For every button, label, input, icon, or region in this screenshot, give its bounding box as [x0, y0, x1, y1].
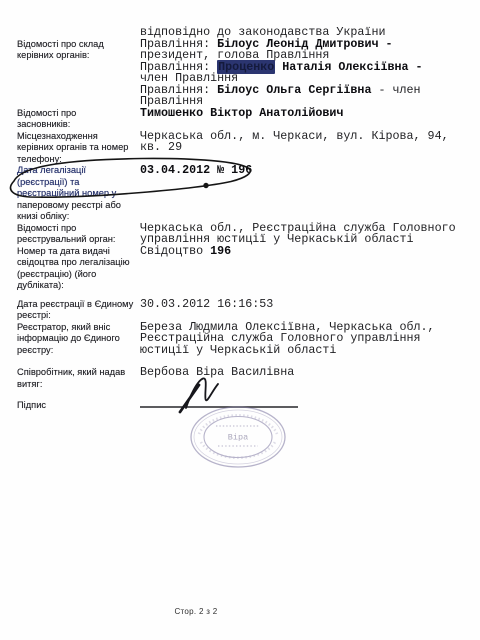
- person-name: Тимошенко Віктор Анатолійович: [140, 106, 343, 120]
- field-value: Правління: Білоус Леонід Дмитрович - пре…: [140, 39, 474, 108]
- field-label: Реєстратор, який вніс інформацію до Єдин…: [17, 322, 140, 357]
- stamp-ring-text: [201, 442, 275, 458]
- page-number: Стор. 2 з 2: [0, 607, 392, 616]
- legalization-date-value: 03.04.2012 № 196: [140, 163, 252, 177]
- stamp-center-text: Віра: [228, 433, 248, 443]
- document-page: відповідно до законодавства України Відо…: [0, 0, 480, 640]
- field-label: Номер та дата видачі свідоцтва про легал…: [17, 246, 140, 292]
- field-row-unified-register-date: Дата реєстрації в Єдиному реєстрі: 30.03…: [17, 299, 474, 322]
- field-label: Відомості про реєструвальний орган:: [17, 223, 140, 246]
- round-stamp: Віра: [191, 407, 285, 467]
- registry-extract-table: відповідно до законодавства України Відо…: [17, 27, 474, 412]
- field-label: Місцезнаходження керівних органів та ном…: [17, 131, 140, 166]
- field-row-signature: Підпис: [17, 400, 474, 412]
- field-label: Дата легалізації (реєстрації) та реєстра…: [17, 165, 140, 223]
- field-row-governing-bodies: Відомості про склад керівних органів: Пр…: [17, 39, 474, 108]
- field-row-staff-member: Співробітник, який надав витяг: Вербова …: [17, 367, 474, 390]
- person-name: Білоус Ольга Сергіївна: [217, 83, 371, 97]
- field-row-certificate-number: Номер та дата видачі свідоцтва про легал…: [17, 246, 474, 292]
- stamp-ring-text: [199, 415, 277, 434]
- field-label: Відомості про засновників:: [17, 108, 140, 131]
- field-label: Співробітник, який надав витяг:: [17, 367, 140, 390]
- register-datetime-value: 30.03.2012 16:16:53: [140, 297, 273, 311]
- field-row-founders: Відомості про засновників: Тимошенко Вік…: [17, 108, 474, 131]
- field-label: Підпис: [17, 400, 140, 412]
- person-name: Вербова Віра Василівна: [140, 365, 294, 379]
- field-row-registrar: Реєстратор, який вніс інформацію до Єдин…: [17, 322, 474, 357]
- field-label: Відомості про склад керівних органів:: [17, 39, 140, 62]
- field-label: Дата реєстрації в Єдиному реєстрі:: [17, 299, 140, 322]
- field-row-registering-authority: Відомості про реєструвальний орган: Черк…: [17, 223, 474, 246]
- person-name: Наталія Олексіївна -: [275, 60, 422, 74]
- field-row-legalization-date: Дата легалізації (реєстрації) та реєстра…: [17, 165, 474, 223]
- field-row-location: Місцезнаходження керівних органів та ном…: [17, 131, 474, 166]
- certificate-number-value: 196: [210, 244, 231, 258]
